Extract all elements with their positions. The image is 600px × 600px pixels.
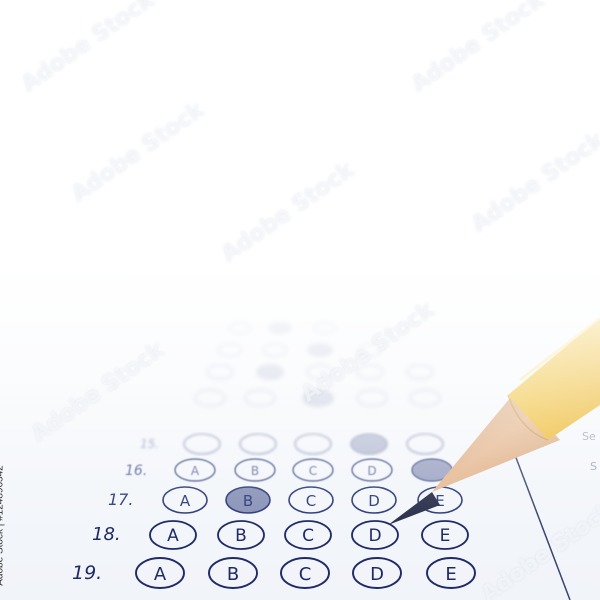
svg-text:E: E	[440, 526, 451, 546]
svg-text:B: B	[227, 564, 239, 585]
svg-text:B: B	[243, 492, 253, 510]
svg-text:C: C	[299, 564, 312, 585]
svg-text:A: A	[180, 492, 191, 510]
svg-text:A: A	[154, 564, 167, 585]
svg-text:D: D	[370, 564, 384, 585]
svg-text:A: A	[167, 526, 179, 546]
answer-row-18: 18. ABCDE	[92, 521, 468, 549]
svg-text:C: C	[306, 492, 316, 510]
svg-text:B: B	[235, 526, 247, 546]
svg-text:B: B	[251, 464, 259, 478]
stock-credit: Adobe Stock | #124896342	[0, 465, 6, 585]
svg-text:C: C	[302, 526, 314, 546]
svg-text:19.: 19.	[72, 562, 102, 584]
svg-text:18.: 18.	[92, 524, 121, 545]
svg-text:17.: 17.	[108, 490, 133, 509]
answer-row-15: 15.	[140, 434, 443, 454]
answer-sheet: 15. 16. ABCD 17. ABCDE 18.	[0, 0, 600, 600]
svg-text:D: D	[368, 526, 381, 546]
svg-text:16.: 16.	[125, 463, 147, 479]
answer-row-16: 16. ABCD	[125, 459, 452, 481]
svg-text:15.: 15.	[140, 437, 159, 451]
svg-text:E: E	[445, 564, 456, 585]
svg-text:A: A	[191, 464, 200, 478]
svg-text:D: D	[368, 492, 380, 510]
answer-row-17: 17. ABCDE	[108, 487, 462, 513]
svg-text:Se: Se	[582, 430, 596, 443]
svg-text:C: C	[309, 464, 317, 478]
svg-text:D: D	[367, 464, 376, 478]
answer-row-19: 19. ABCDE	[72, 558, 475, 588]
svg-text:S: S	[590, 460, 597, 473]
